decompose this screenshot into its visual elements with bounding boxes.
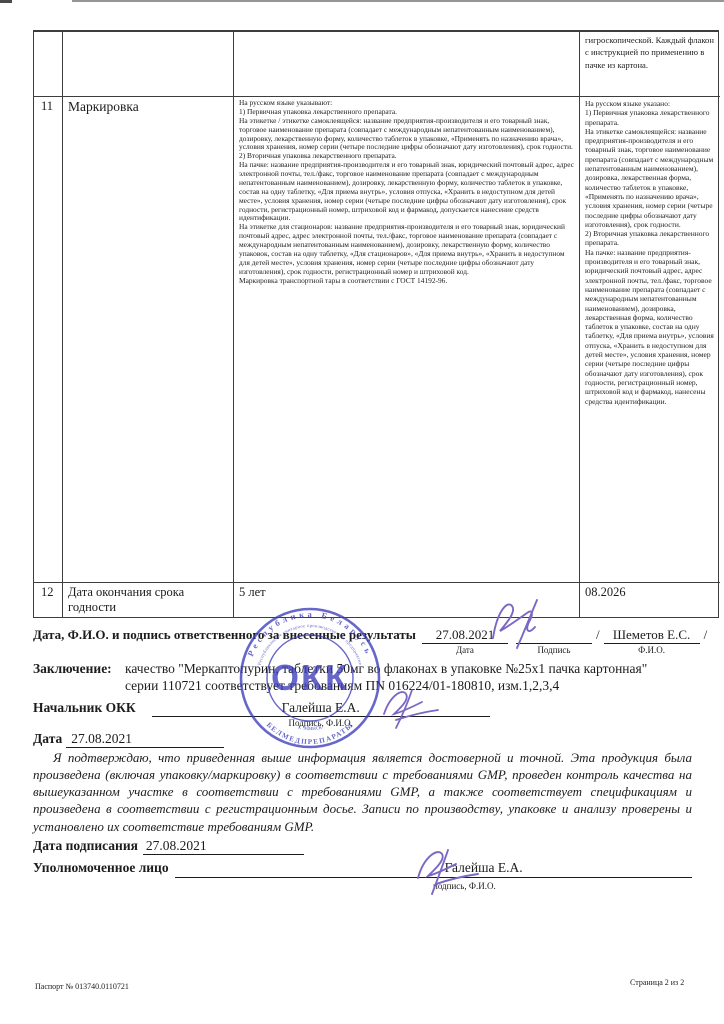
row11-number: 11 [34, 97, 63, 583]
responsible-sign-caption: Подпись [516, 644, 592, 655]
passport-number: Паспорт № 013740.0110721 [35, 982, 129, 991]
date-line: Дата 27.08.2021 [33, 731, 224, 748]
responsible-signature-blank [516, 627, 592, 644]
responsible-name-value: Шеметов Е.С. [604, 627, 700, 644]
scan-artifact-corner [0, 0, 12, 3]
scan-artifact-line [72, 0, 724, 2]
responsible-name-field: Шеметов Е.С. Ф.И.О. [604, 627, 700, 655]
carryover-num-cell [34, 32, 63, 97]
row12-number: 12 [34, 583, 63, 617]
signing-date-value: 27.08.2021 [143, 838, 304, 855]
conclusion-label: Заключение: [33, 661, 125, 677]
responsible-date-caption: Дата [422, 644, 508, 655]
row11-result: На русском языке указано: 1) Первичная у… [580, 97, 720, 583]
row12-result: 08.2026 [580, 583, 720, 617]
signing-date-line: Дата подписания 27.08.2021 [33, 838, 304, 855]
page-number: Страница 2 из 2 [630, 978, 684, 987]
row11-parameter: Маркировка [63, 97, 234, 583]
carryover-name-cell [63, 32, 234, 97]
scanned-quality-passport-page: гигроскопической. Каждый флакон с инстру… [0, 0, 724, 1024]
separator-slash: / [700, 627, 712, 643]
head-okk-label: Начальник ОКК [33, 700, 136, 716]
authorized-caption: подпись, Ф.И.О. [433, 881, 496, 891]
stamp-okk-text: ОКК [271, 657, 349, 698]
authorized-name: Галейша Е.А. [445, 860, 523, 875]
responsible-name-caption: Ф.И.О. [604, 644, 700, 655]
conclusion-text: качество "Меркаптопурин, таблетки 50мг в… [125, 661, 677, 695]
signing-date-label: Дата подписания [33, 838, 138, 854]
authorized-person-line: Уполномоченное лицо Галейша Е.А. [33, 860, 692, 878]
okk-round-stamp: Республика Беларусь Республиканское унит… [224, 592, 396, 764]
row12-parameter: Дата окончания срока годности [63, 583, 234, 617]
row11-requirement: На русском языке указывают: 1) Первичная… [234, 97, 580, 583]
date-label: Дата [33, 731, 62, 747]
carryover-requirement-cell [234, 32, 580, 97]
authorized-label: Уполномоченное лицо [33, 860, 169, 876]
carryover-result-cell: гигроскопической. Каждый флакон с инстру… [580, 32, 720, 97]
specification-table: гигроскопической. Каждый флакон с инстру… [33, 30, 719, 618]
responsible-date-field: 27.08.2021 Дата [422, 627, 508, 655]
responsible-signature-field: Подпись [516, 627, 592, 655]
separator-slash: / [592, 627, 604, 643]
authorized-signature-field: Галейша Е.А. [175, 860, 692, 878]
stamp-city-text: г. Минск [298, 723, 324, 732]
date-value: 27.08.2021 [66, 731, 224, 748]
stamp-org-text: БЕЛМЕДПРЕПАРАТЫ [265, 721, 355, 746]
responsible-date-value: 27.08.2021 [422, 627, 508, 644]
